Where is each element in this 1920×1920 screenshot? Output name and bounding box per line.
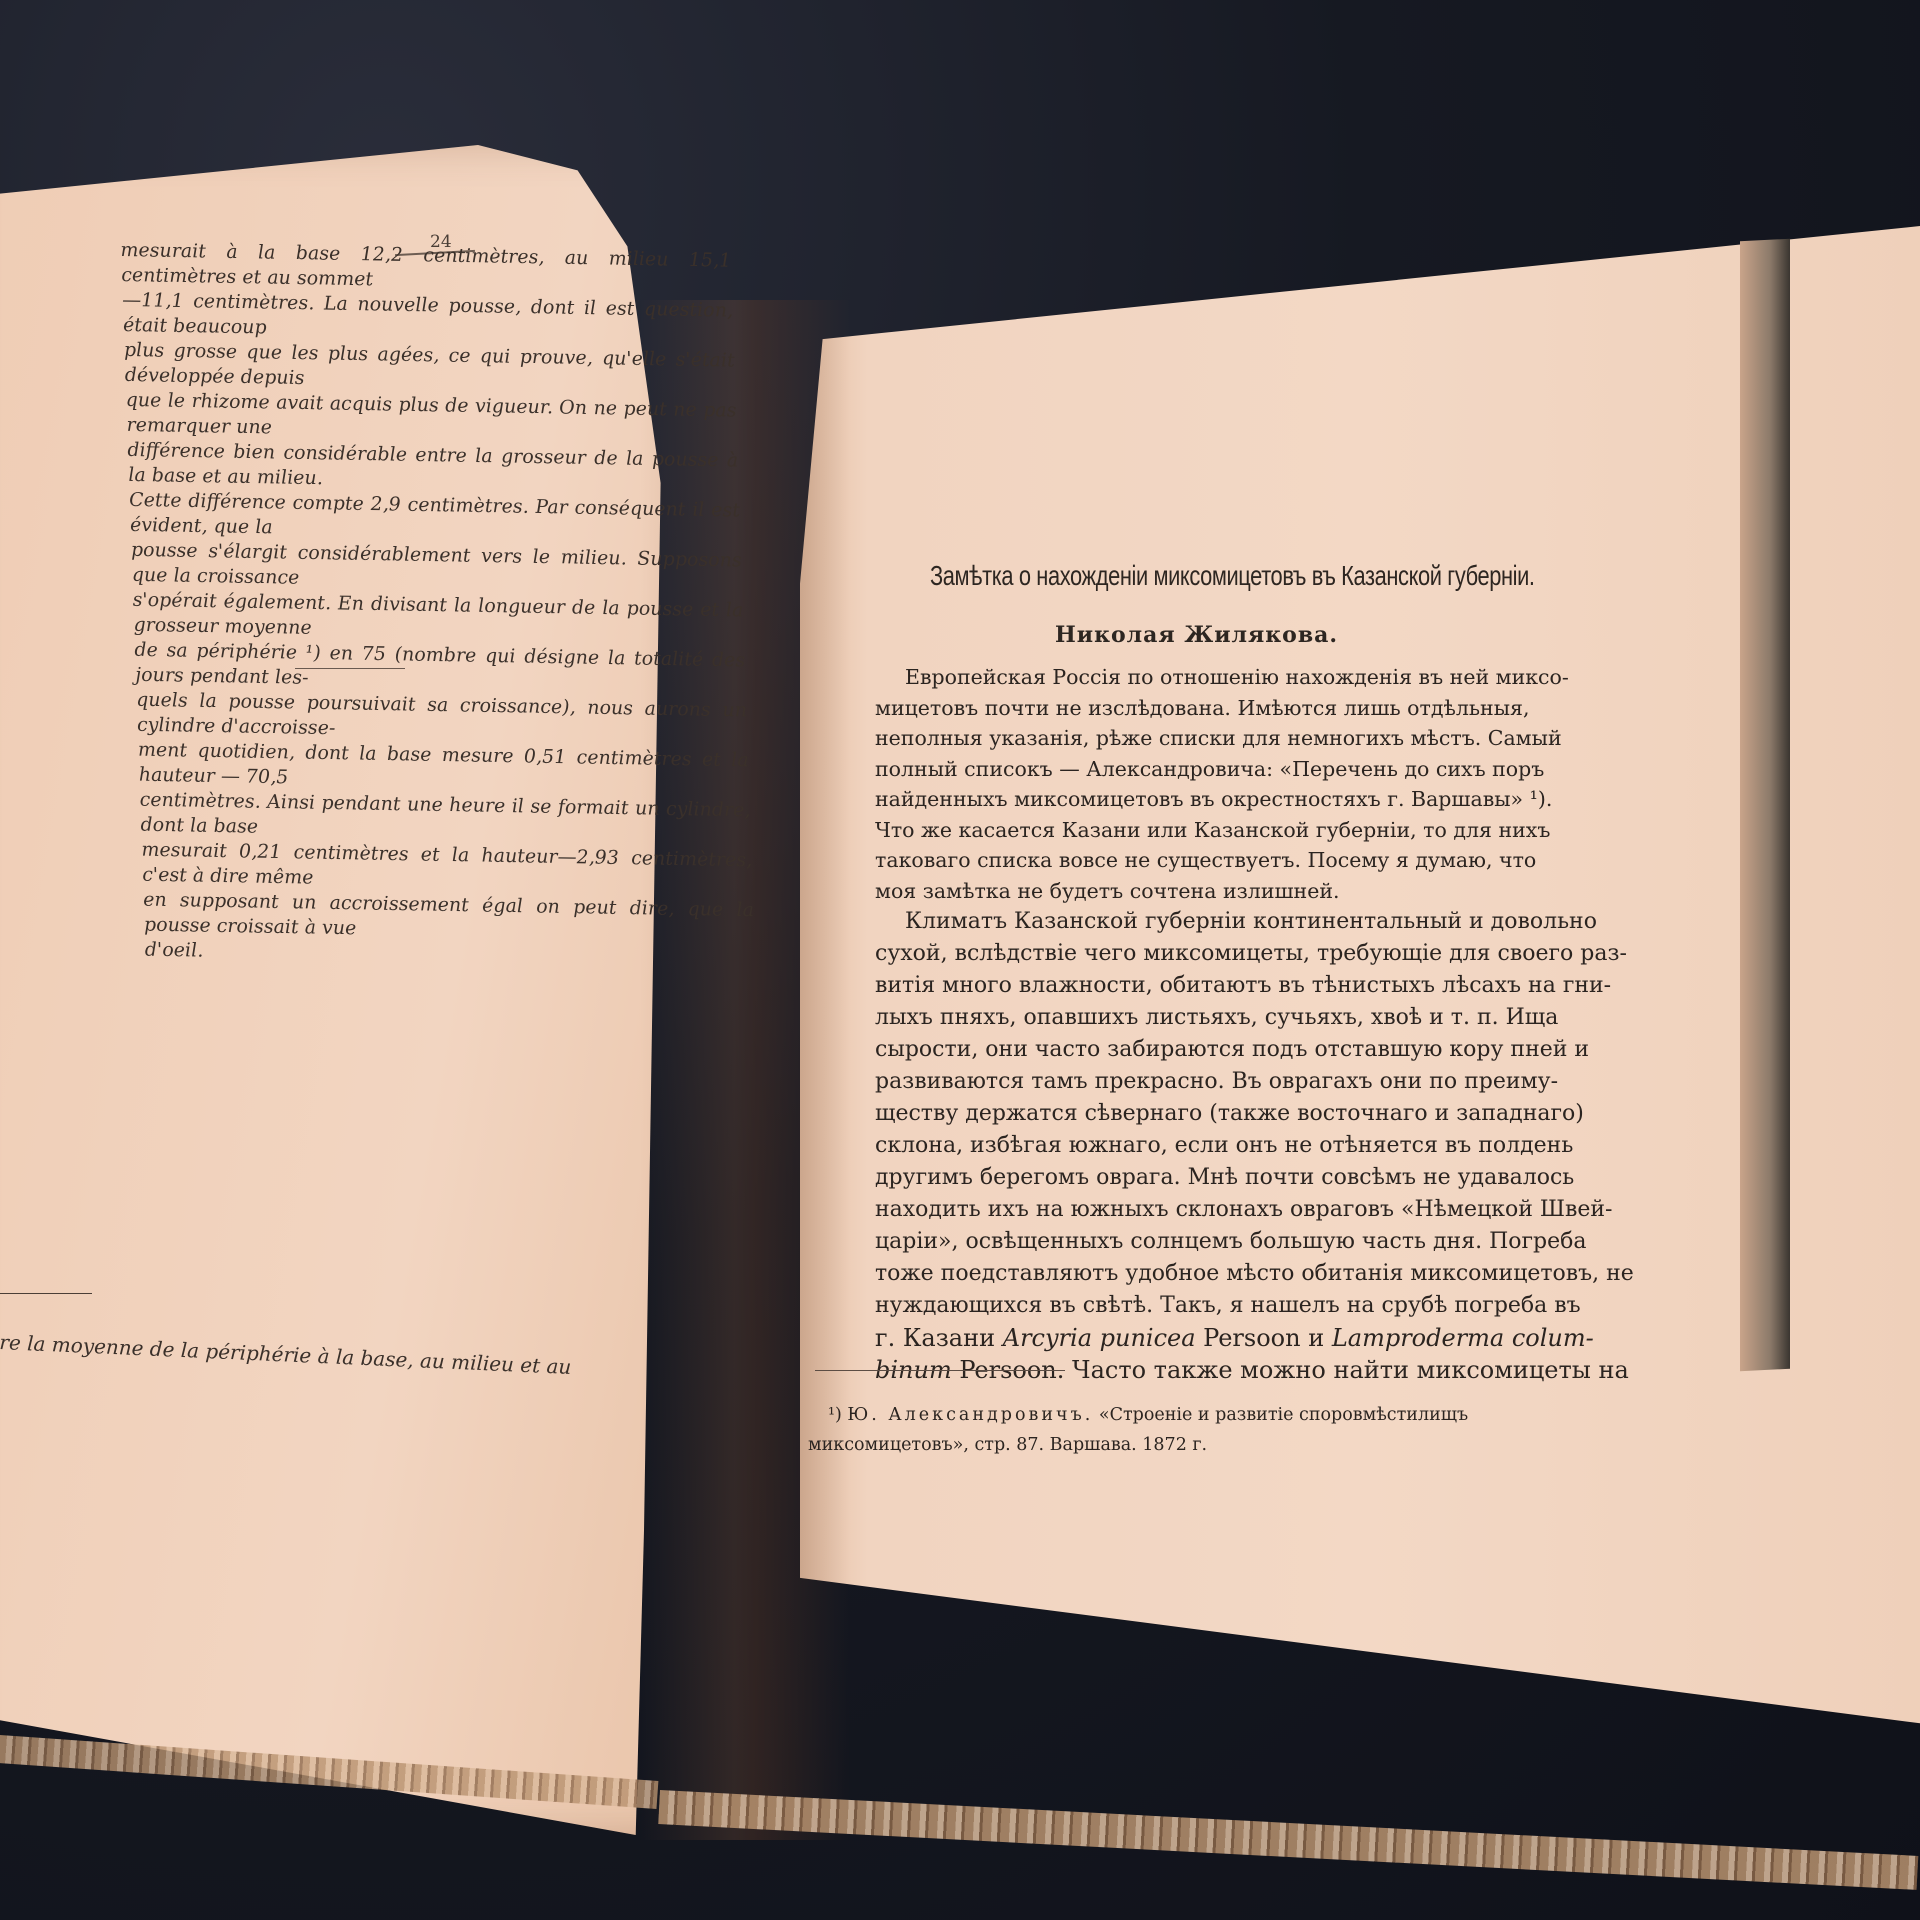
text-line: сырости, они часто забираются подъ отста… (875, 1034, 1655, 1066)
text-line: тоже поедставляютъ удобное мѣсто обитані… (875, 1258, 1655, 1290)
article-body: Европейская Россія по отношенію нахожден… (875, 662, 1655, 1386)
text-line: полный списокъ — Александровича: «Перече… (875, 754, 1655, 785)
species-line: г. Казани Arcyria punicea Persoon и Lamp… (875, 1322, 1655, 1354)
text-line: ществу держатся сѣвернаго (также восточн… (875, 1098, 1655, 1130)
article-title: Замѣтка о нахожденіи миксомицетовъ въ Ка… (930, 560, 1535, 592)
article-author: Николая Жилякова. (1055, 622, 1338, 648)
text-line: мицетовъ почти не изслѣдована. Имѣются л… (875, 693, 1655, 724)
footnote-rule (815, 1370, 1065, 1371)
text-line: Климатъ Казанской губерніи континентальн… (875, 906, 1655, 938)
right-footnote: ¹) Ю. Александровичъ. «Строеніе и развит… (808, 1400, 1668, 1460)
text-line: Что же касается Казани или Казанской губ… (875, 815, 1655, 846)
footnote-text: «Строеніе и развитіе споровмѣстилищъ (1099, 1405, 1468, 1425)
open-book: 24 mesurait à la base 12,2 centimètres, … (0, 0, 1920, 1920)
footnote-rule (0, 1293, 92, 1294)
text-line: другимъ берегомъ оврага. Мнѣ почти совсѣ… (875, 1162, 1655, 1194)
paragraph-2: Климатъ Казанской губерніи континентальн… (875, 906, 1655, 1386)
species-name: Lamproderma colum- (1332, 1324, 1594, 1352)
text-line: en supposant un accroissement égal on pe… (143, 888, 755, 949)
text-line: найденныхъ миксомицетовъ въ окрестностях… (875, 784, 1655, 815)
text-line: Европейская Россія по отношенію нахожден… (875, 662, 1655, 693)
text-line: витія много влажности, обитаютъ въ тѣнис… (875, 970, 1655, 1002)
text-line: таковаго списка вовсе не существуетъ. По… (875, 845, 1655, 876)
text-line: царіи», освѣщенныхъ солнцемъ большую час… (875, 1226, 1655, 1258)
text-line: склона, избѣгая южнаго, если онъ не отѣн… (875, 1130, 1655, 1162)
section-end-rule (295, 668, 405, 669)
text-line: нуждающихся въ свѣтѣ. Такъ, я нашелъ на … (875, 1290, 1655, 1322)
text-line: неполныя указанія, рѣже списки для немно… (875, 723, 1655, 754)
page-stack-edge (1740, 239, 1790, 1372)
footnote-text: миксомицетовъ», стр. 87. Варшава. 1872 г… (808, 1430, 1668, 1460)
footnote-author: Ю. Александровичъ. (847, 1405, 1093, 1425)
left-page-paragraph: mesurait à la base 12,2 centimètres, au … (120, 238, 756, 973)
text-line: сухой, вслѣдствіе чего миксомицеты, треб… (875, 938, 1655, 970)
paragraph-1: Европейская Россія по отношенію нахожден… (875, 662, 1655, 906)
text-line: моя замѣтка не будетъ сочтена излишней. (875, 876, 1655, 907)
text-line: находить ихъ на южныхъ склонахъ овраговъ… (875, 1194, 1655, 1226)
species-name: Arcyria punicea (1003, 1324, 1196, 1352)
text-line: развиваются тамъ прекрасно. Въ оврагахъ … (875, 1066, 1655, 1098)
text-line: лыхъ пняхъ, опавшихъ листьяхъ, сучьяхъ, … (875, 1002, 1655, 1034)
footnote-marker: ¹) (828, 1405, 842, 1425)
